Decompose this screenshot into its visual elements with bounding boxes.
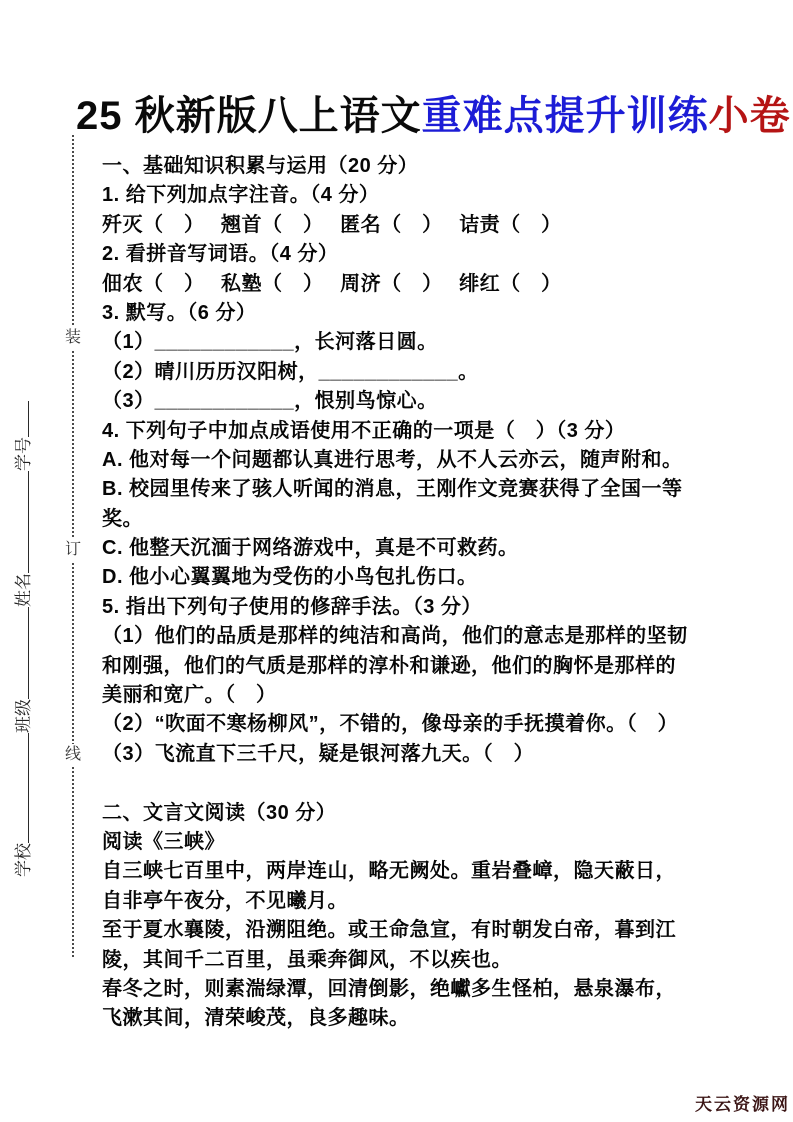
text-line: 陵，其间千二百里，虽乘奔御风，不以疾也。 [102, 946, 762, 975]
student-fields: 学校班级姓名学号 [9, 305, 35, 877]
text-line: （1）____________，长河落日圆。 [102, 328, 762, 357]
text-line: 和刚强，他们的气质是那样的淳朴和谦逊，他们的胸怀是那样的 [102, 652, 762, 681]
text-line: （2）晴川历历汉阳树，____________。 [102, 358, 762, 387]
text-line: 4. 下列句子中加点成语使用不正确的一项是（ ）（3 分） [102, 417, 762, 446]
watermark-text: 天云资源网 [695, 1090, 790, 1115]
title-part-red: 小卷 [709, 94, 791, 138]
text-line: 至于夏水襄陵，沿溯阻绝。或王命急宣，有时朝发白帝，暮到江 [102, 916, 762, 945]
text-line: A. 他对每一个问题都认真进行思考，从不人云亦云，随声附和。 [102, 446, 762, 475]
student-field-blank-line [9, 401, 29, 437]
student-field: 班级 [9, 607, 34, 733]
student-field-label: 学校 [9, 843, 34, 877]
exam-paper-page: 25 秋新版八上语文重难点提升训练小卷 装订线 学校班级姓名学号 一、基础知识积… [0, 0, 793, 1122]
text-line: 奖。 [102, 505, 762, 534]
text-line: B. 校园里传来了骇人听闻的消息，王刚作文竞赛获得了全国一等 [102, 475, 762, 504]
text-line: 阅读《三峡》 [102, 828, 762, 857]
text-line: （3）飞流直下三千尺，疑是银河落九天。（ ） [102, 740, 762, 769]
text-line: 佃农（ ） 私塾（ ） 周济（ ） 绯红（ ） [102, 270, 762, 299]
document-body: 一、基础知识积累与运用（20 分）1. 给下列加点字注音。（4 分）歼灭（ ） … [102, 152, 762, 1034]
student-field: 学号 [9, 401, 34, 471]
binding-char: 装 [63, 327, 83, 349]
student-field-blank-line [9, 471, 29, 573]
student-field-label: 学号 [9, 437, 34, 471]
student-field-label: 姓名 [9, 573, 34, 607]
text-line: 二、文言文阅读（30 分） [102, 799, 762, 828]
student-field-blank-line [9, 607, 29, 699]
text-line: C. 他整天沉湎于网络游戏中，真是不可救药。 [102, 534, 762, 563]
text-line: 美丽和宽广。（ ） [102, 681, 762, 710]
text-line: 1. 给下列加点字注音。（4 分） [102, 181, 762, 210]
student-field: 学校 [9, 733, 34, 877]
student-field-label: 班级 [9, 699, 34, 733]
text-line: 3. 默写。（6 分） [102, 299, 762, 328]
title-part-blue: 重难点提升训练 [422, 94, 709, 138]
text-line: 春冬之时，则素湍绿潭，回清倒影，绝巘多生怪柏，悬泉瀑布， [102, 975, 762, 1004]
student-field-blank-line [9, 733, 29, 843]
page-title: 25 秋新版八上语文重难点提升训练小卷 [76, 84, 791, 141]
text-line: 自非亭午夜分，不见曦月。 [102, 887, 762, 916]
text-line: 一、基础知识积累与运用（20 分） [102, 152, 762, 181]
text-line: （1）他们的品质是那样的纯洁和高尚，他们的意志是那样的坚韧 [102, 622, 762, 651]
text-line: （2）“吹面不寒杨柳风”，不错的，像母亲的手抚摸着你。（ ） [102, 710, 762, 739]
title-part-black: 25 秋新版八上语文 [76, 94, 422, 138]
text-line: 歼灭（ ） 翘首（ ） 匿名（ ） 诘责（ ） [102, 211, 762, 240]
text-line: 自三峡七百里中，两岸连山，略无阙处。重岩叠嶂，隐天蔽日， [102, 857, 762, 886]
text-line: 2. 看拼音写词语。（4 分） [102, 240, 762, 269]
binding-char: 订 [63, 539, 83, 561]
text-line: 5. 指出下列句子使用的修辞手法。（3 分） [102, 593, 762, 622]
text-line: （3）____________，恨别鸟惊心。 [102, 387, 762, 416]
text-line [102, 769, 762, 798]
student-field: 姓名 [9, 471, 34, 607]
text-line: D. 他小心翼翼地为受伤的小鸟包扎伤口。 [102, 563, 762, 592]
text-line: 飞漱其间，清荣峻茂，良多趣味。 [102, 1004, 762, 1033]
binding-char: 线 [63, 744, 83, 766]
